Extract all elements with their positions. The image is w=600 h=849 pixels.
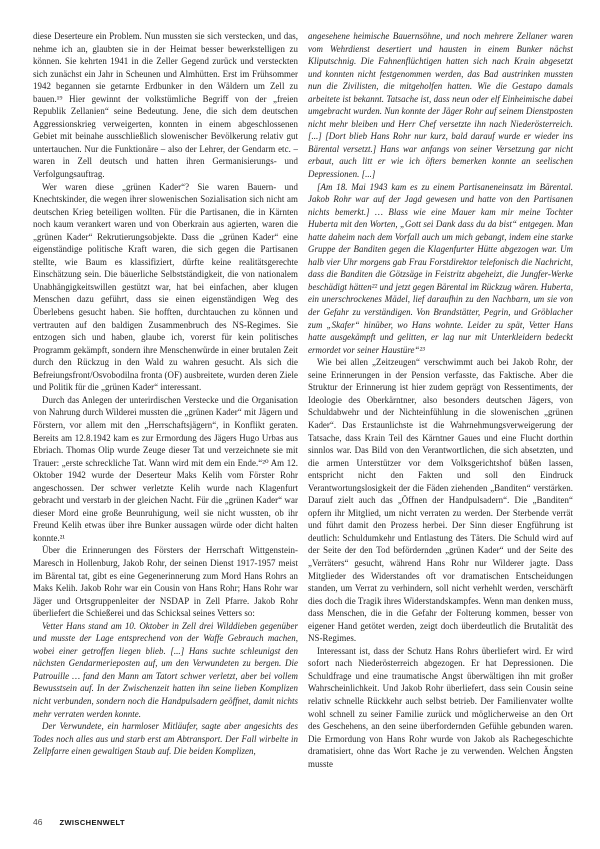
journal-page: diese Deserteure ein Problem. Nun musste… [0,0,600,849]
paragraph: Der Verwundete, ein harmloser Mitläufer,… [33,720,298,758]
paragraph: Interessant ist, dass der Schutz Hans Ro… [308,645,573,770]
paragraph: angesehene heimische Bauernsöhne, und no… [308,30,573,181]
paragraph: Wer waren diese „grünen Kader“? Sie ware… [33,181,298,394]
paragraph: [Am 18. Mai 1943 kam es zu einem Partisa… [308,181,573,357]
paragraph: Über die Erinnerungen des Försters der H… [33,544,298,619]
paragraph: Wie bei allen „Zeitzeugen“ verschwimmt a… [308,356,573,645]
page-footer: 46 ZWISCHENWELT [33,817,125,827]
page-number: 46 [33,817,42,827]
text-column-left: diese Deserteure ein Problem. Nun musste… [33,30,298,806]
paragraph: Durch das Anlegen der unterirdischen Ver… [33,394,298,545]
paragraph: Vetter Hans stand am 10. Oktober in Zell… [33,620,298,720]
paragraph: diese Deserteure ein Problem. Nun musste… [33,30,298,181]
journal-title: ZWISCHENWELT [59,818,125,827]
text-column-right: angesehene heimische Bauernsöhne, und no… [308,30,573,806]
article-body: diese Deserteure ein Problem. Nun musste… [33,30,573,806]
